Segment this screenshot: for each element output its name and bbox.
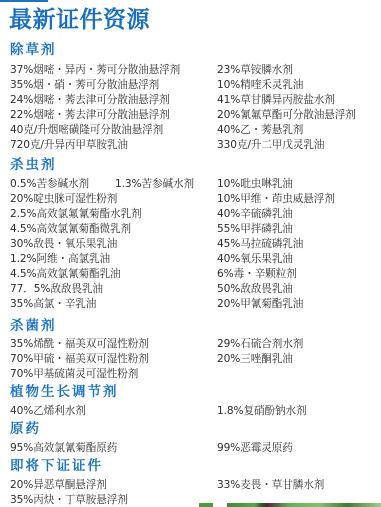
list-item: 20%三唑酮乳油 — [217, 351, 293, 367]
list-item: 33%麦畏・草甘膦水剂 — [217, 477, 324, 493]
list-item: 1.8%复硝酚钠水剂 — [217, 403, 306, 419]
list-row: 40克/升烟嘧磺隆可分散油悬浮剂 40%乙・莠悬乳剂 — [0, 122, 381, 138]
list-item: 45%马拉硫磷乳油 — [217, 236, 303, 252]
list-item: 0.5%苦参碱水剂 — [10, 176, 89, 192]
crop-photo-banner — [227, 503, 381, 507]
list-item: 40%辛硫磷乳油 — [217, 206, 293, 222]
list-item: 22%烟嘧・莠去津可分散油悬浮剂 — [10, 107, 170, 123]
list-row: 35%烯酰・福美双可湿性粉剂 29%石硫合剂水剂 — [0, 336, 381, 352]
list-item: 10%甲维・茚虫威悬浮剂 — [217, 191, 335, 207]
list-item: 2.5%高效氯氟氰菊酯水乳剂 — [10, 206, 141, 222]
section-title-plant-growth-regulator: 植物生长调节剂 — [10, 384, 119, 400]
list-row: 70%甲基硫菌灵可湿性粉剂 — [0, 366, 381, 382]
list-row: 20%啶虫脒可湿性粉剂 10%甲维・茚虫威悬浮剂 — [0, 191, 381, 207]
section-title-herbicide: 除草剂 — [10, 42, 57, 58]
list-item: 40%氧乐果乳油 — [217, 251, 293, 267]
list-item: 4.5%高效氯氰菊酯乳油 — [10, 266, 120, 282]
list-item: 20%啶虫脒可湿性粉剂 — [10, 191, 117, 207]
list-row: 40%乙烯利水剂 1.8%复硝酚钠水剂 — [0, 403, 381, 419]
list-row: 720克/升异丙甲草胺乳油 330克/升二甲戊灵乳油 — [0, 137, 381, 153]
list-item: 70%甲硫・福美双可湿性粉剂 — [10, 351, 149, 367]
list-row: 77．5%敌敌畏乳油 50%敌敌畏乳油 — [0, 281, 381, 297]
list-item: 37%烟嘧・异丙・莠可分散油悬浮剂 — [10, 62, 180, 78]
list-item: 10%精喹禾灵乳油 — [217, 77, 303, 93]
list-row: 35%烟・硝・莠可分散油悬浮剂 10%精喹禾灵乳油 — [0, 77, 381, 93]
section-title-insecticide: 杀虫剂 — [10, 157, 57, 173]
list-item: 35%烯酰・福美双可湿性粉剂 — [10, 336, 149, 352]
certificate-list-page: 最新证件资源 除草剂 37%烟嘧・异丙・莠可分散油悬浮剂 23%草铵膦水剂 35… — [0, 0, 381, 507]
list-item: 24%烟嘧・莠去津可分散油悬浮剂 — [10, 92, 170, 108]
top-accent-line — [0, 0, 48, 2]
list-item: 40%乙烯利水剂 — [10, 403, 86, 419]
list-item: 20%氰氟草酯可分散油悬浮剂 — [217, 107, 356, 123]
list-row: 0.5%苦参碱水剂 1.3%苦参碱水剂 10%吡虫啉乳油 — [0, 176, 381, 192]
list-row: 1.2%阿维・高氯乳油 40%氧乐果乳油 — [0, 251, 381, 267]
list-item: 29%石硫合剂水剂 — [217, 336, 303, 352]
list-row: 35%高氯・辛乳油 20%甲氰菊酯乳油 — [0, 296, 381, 312]
list-item: 30%敌畏・氧乐果乳油 — [10, 236, 117, 252]
list-item: 1.2%阿维・高氯乳油 — [10, 251, 110, 267]
list-item: 20%异恶草酮悬浮剂 — [10, 477, 107, 493]
list-item: 95%高效氯氰菊酯原药 — [10, 440, 117, 456]
list-item: 40%乙・莠悬乳剂 — [217, 122, 303, 138]
list-item: 10%吡虫啉乳油 — [217, 176, 293, 192]
list-item: 720克/升异丙甲草胺乳油 — [10, 137, 128, 153]
list-item: 50%敌敌畏乳油 — [217, 281, 293, 297]
list-row: 22%烟嘧・莠去津可分散油悬浮剂 20%氰氟草酯可分散油悬浮剂 — [0, 107, 381, 123]
list-row: 4.5%高效氯氰菊酯微乳剂 55%甲拌磷乳油 — [0, 221, 381, 237]
list-item: 55%甲拌磷乳油 — [217, 221, 293, 237]
list-item: 1.3%苦参碱水剂 — [115, 176, 194, 192]
page-title: 最新证件资源 — [9, 7, 150, 33]
section-title-fungicide: 杀菌剂 — [10, 318, 57, 334]
list-row: 30%敌畏・氧乐果乳油 45%马拉硫磷乳油 — [0, 236, 381, 252]
list-item: 35%丙炔・丁草胺悬浮剂 — [10, 492, 128, 507]
list-item: 4.5%高效氯氰菊酯微乳剂 — [10, 221, 131, 237]
list-row: 24%烟嘧・莠去津可分散油悬浮剂 41%草甘膦异丙胺盐水剂 — [0, 92, 381, 108]
list-item: 23%草铵膦水剂 — [217, 62, 293, 78]
list-item: 40克/升烟嘧磺隆可分散油悬浮剂 — [10, 122, 163, 138]
list-row: 70%甲硫・福美双可湿性粉剂 20%三唑酮乳油 — [0, 351, 381, 367]
list-item: 70%甲基硫菌灵可湿性粉剂 — [10, 366, 138, 382]
list-row: 95%高效氯氰菊酯原药 99%恶霉灵原药 — [0, 440, 381, 456]
list-item: 77．5%敌敌畏乳油 — [10, 281, 103, 297]
list-row: 37%烟嘧・异丙・莠可分散油悬浮剂 23%草铵膦水剂 — [0, 62, 381, 78]
list-item: 20%甲氰菊酯乳油 — [217, 296, 303, 312]
section-title-technical-material: 原药 — [10, 421, 41, 437]
list-row: 4.5%高效氯氰菊酯乳油 6%毒・辛颗粒剂 — [0, 266, 381, 282]
list-item: 330克/升二甲戊灵乳油 — [217, 137, 324, 153]
list-item: 99%恶霉灵原药 — [217, 440, 293, 456]
list-row: 20%异恶草酮悬浮剂 33%麦畏・草甘膦水剂 — [0, 477, 381, 493]
section-title-upcoming-certificates: 即将下证证件 — [10, 458, 103, 474]
crop-photo-thumbnail — [199, 503, 213, 507]
list-item: 41%草甘膦异丙胺盐水剂 — [217, 92, 335, 108]
list-item: 35%烟・硝・莠可分散油悬浮剂 — [10, 77, 159, 93]
list-item: 35%高氯・辛乳油 — [10, 296, 96, 312]
list-row: 2.5%高效氯氟氰菊酯水乳剂 40%辛硫磷乳油 — [0, 206, 381, 222]
list-item: 6%毒・辛颗粒剂 — [217, 266, 297, 282]
